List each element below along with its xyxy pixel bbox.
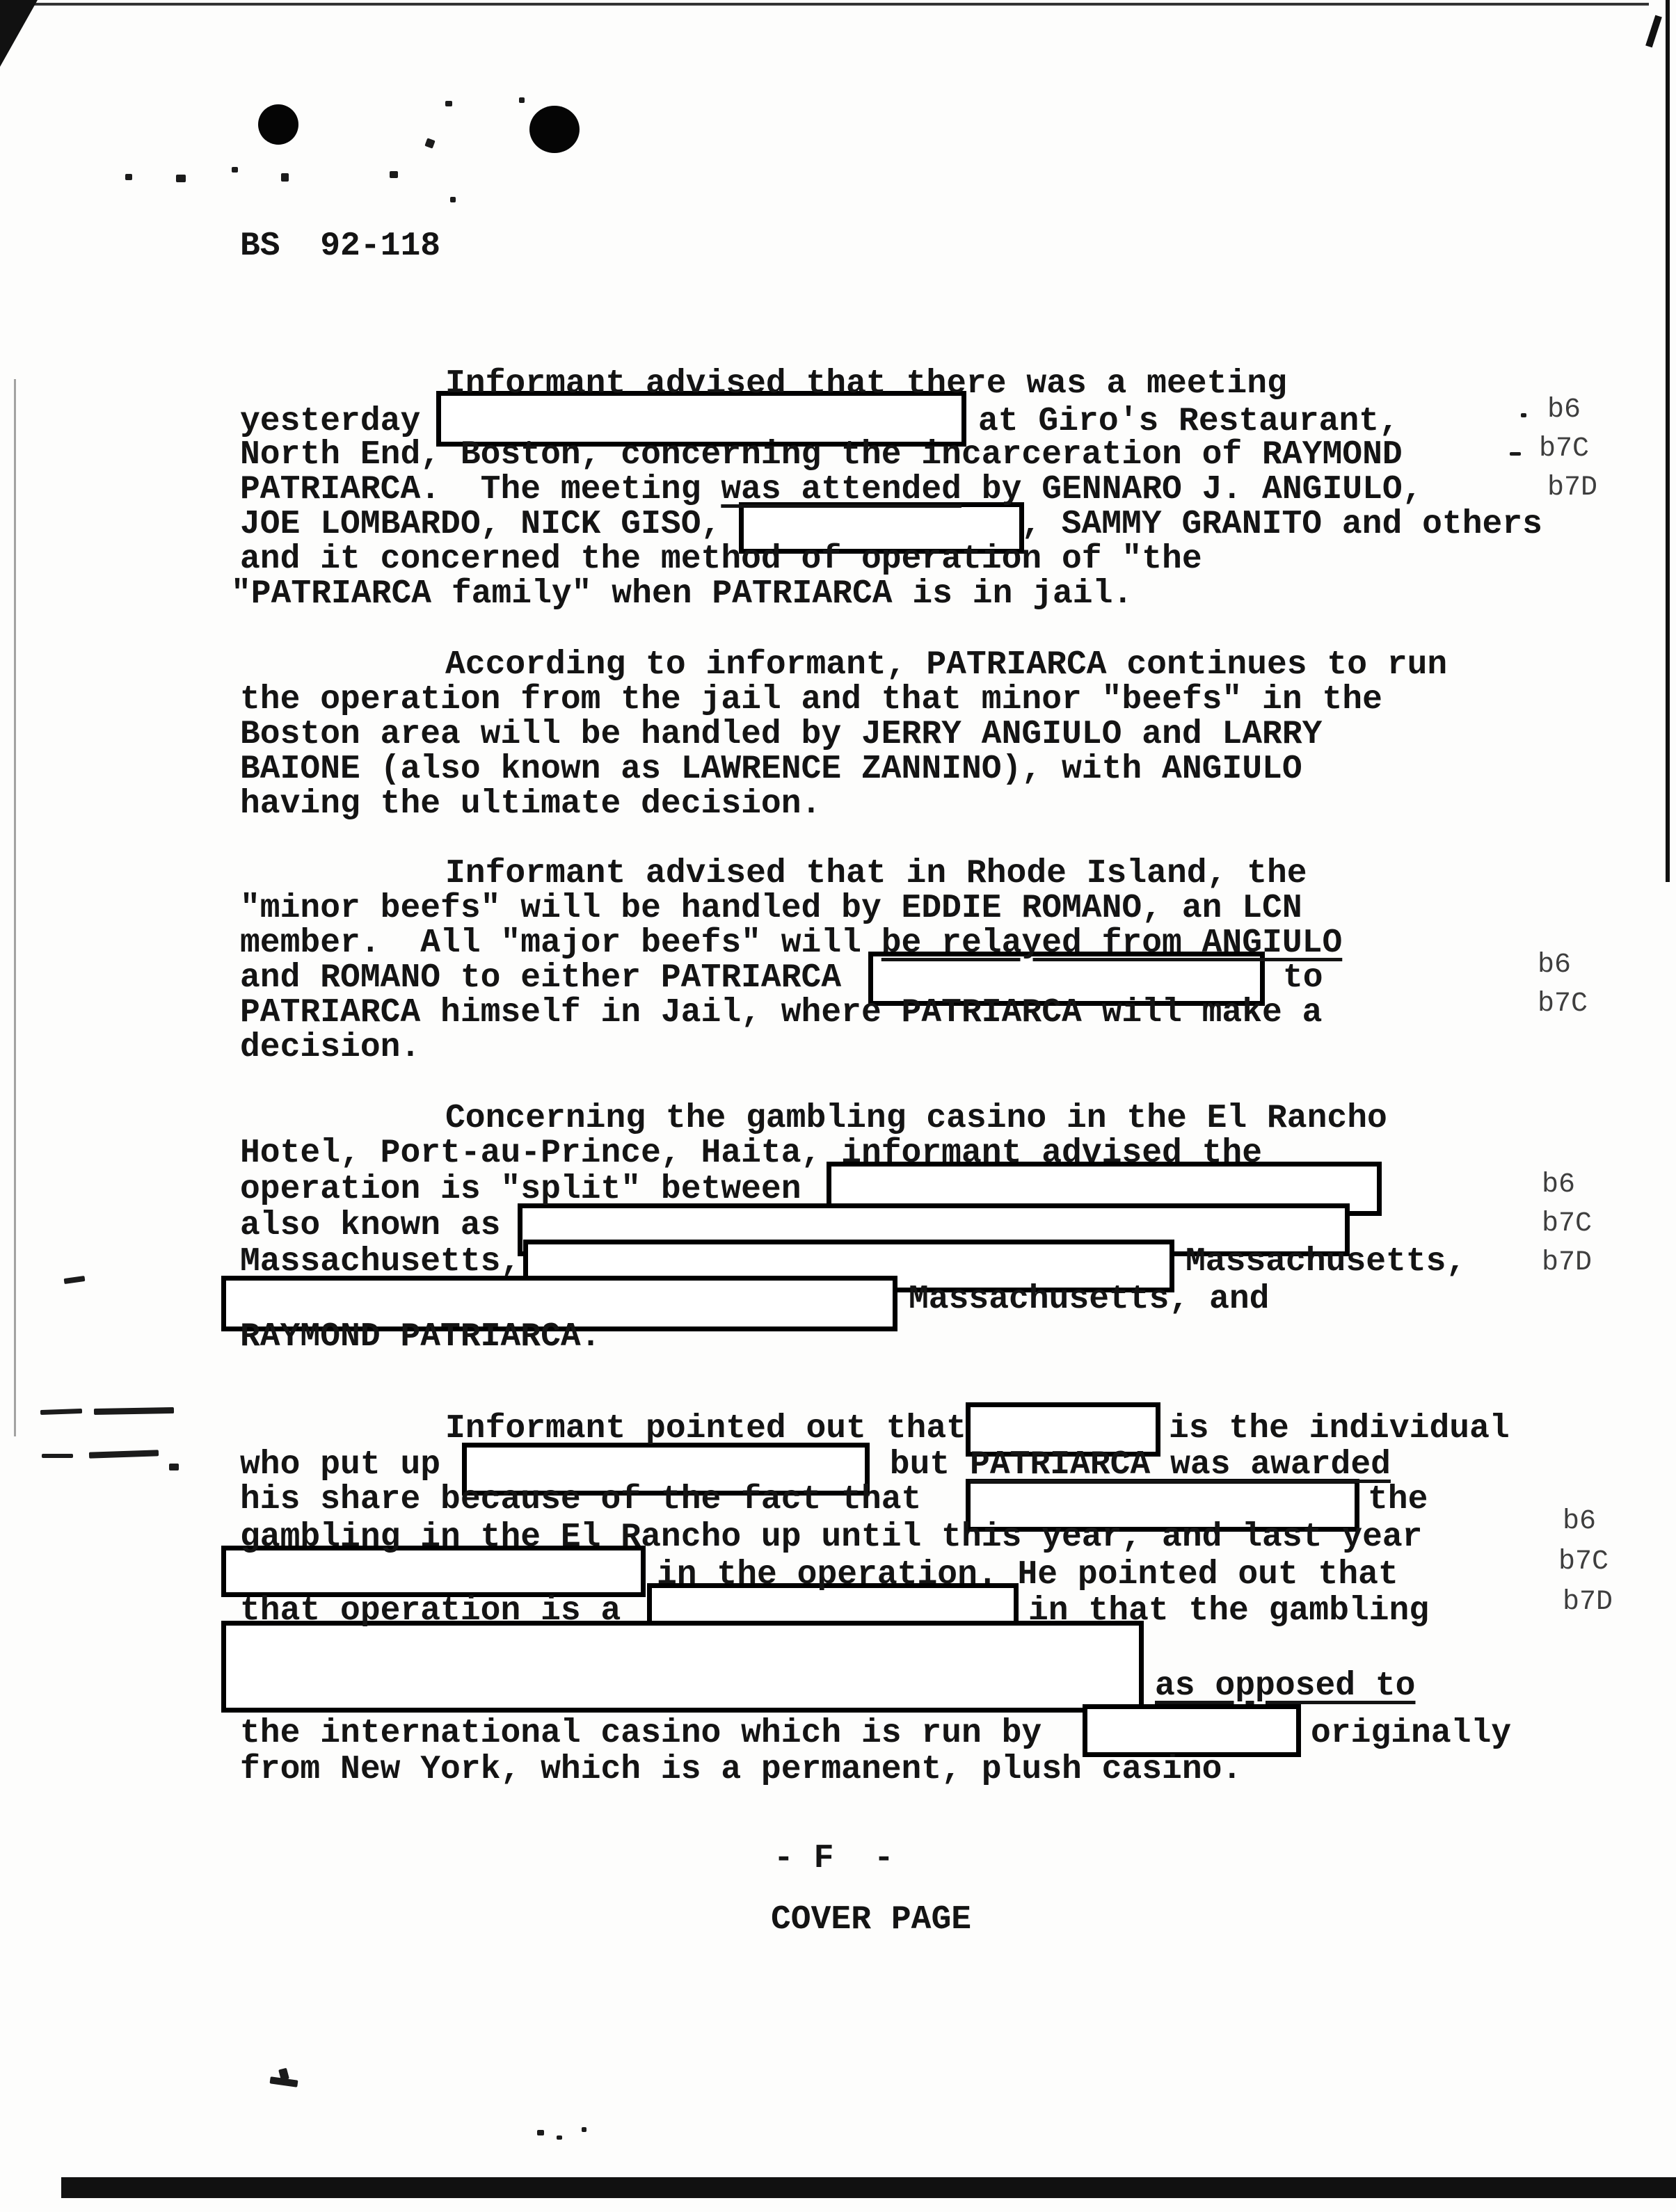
- page-letter: - F -: [774, 1842, 894, 1875]
- doc-line: at Giro's Restaurant,: [978, 405, 1399, 438]
- doc-line: the: [1368, 1483, 1428, 1516]
- doc-line: and ROMANO to either PATRIARCA: [240, 961, 841, 995]
- redaction-box: [1083, 1704, 1301, 1757]
- doc-line: Informant pointed out that: [445, 1412, 966, 1445]
- doc-line: also known as: [240, 1209, 500, 1242]
- doc-line: to: [1283, 961, 1323, 995]
- scan-speck: [176, 175, 186, 182]
- exemption-note-b6: b6: [1538, 952, 1571, 979]
- scan-edge-top-line: [0, 3, 1649, 6]
- underlined-text: be relayed from ANGIULO: [881, 924, 1343, 962]
- doc-line: Informant advised that in Rhode Island, …: [445, 857, 1307, 890]
- scan-speck: [1521, 413, 1526, 417]
- doc-line: member. All "major beefs" will be relaye…: [240, 927, 1342, 960]
- doc-line: as opposed to: [1155, 1669, 1415, 1703]
- scan-speck: [445, 101, 452, 106]
- margin-smudge: [89, 1450, 159, 1458]
- margin-smudge: [94, 1407, 174, 1415]
- doc-line: Concerning the gambling casino in the El…: [445, 1102, 1387, 1135]
- scan-speck: [1510, 452, 1521, 456]
- doc-line: "PATRIARCA family" when PATRIARCA is in …: [231, 577, 1133, 611]
- doc-line: and it concerned the method of operation…: [240, 543, 1202, 576]
- scan-speck: [424, 138, 435, 148]
- doc-line: Hotel, Port-au-Prince, Haita, informant …: [240, 1137, 1262, 1170]
- scan-speck: [519, 97, 525, 103]
- doc-line: from New York, which is a permanent, plu…: [240, 1753, 1242, 1786]
- doc-line: JOE LOMBARDO, NICK GISO,: [240, 508, 721, 541]
- scan-edge-bottom-bar: [61, 2177, 1676, 2198]
- underlined-text: was attended: [721, 471, 961, 508]
- doc-line: having the ultimate decision.: [240, 787, 821, 821]
- exemption-note-b7D: b7D: [1563, 1589, 1613, 1617]
- scan-speck: [281, 173, 289, 182]
- doc-line: PATRIARCA himself in Jail, where PATRIAR…: [240, 996, 1322, 1029]
- margin-smudge: [169, 1464, 179, 1470]
- doc-line: North End, Boston, concerning the incarc…: [240, 438, 1403, 472]
- exemption-note-b7C: b7C: [1539, 435, 1589, 463]
- scan-speck: [125, 174, 132, 180]
- exemption-note-b7D: b7D: [1542, 1249, 1592, 1277]
- doc-line: BAIONE (also known as LAWRENCE ZANNINO),…: [240, 753, 1302, 786]
- doc-line: the international casino which is run by: [240, 1717, 1041, 1750]
- doc-line: Massachusetts,: [1186, 1245, 1466, 1279]
- doc-line: gambling in the El Rancho up until this …: [240, 1521, 1422, 1554]
- scan-speck: [537, 2130, 544, 2135]
- doc-line: in that the gambling: [1028, 1594, 1429, 1628]
- case-number: BS 92-118: [240, 230, 440, 263]
- exemption-note-b6: b6: [1542, 1171, 1575, 1199]
- scan-speck: [582, 2127, 586, 2132]
- scan-speck: [390, 171, 398, 178]
- doc-line: RAYMOND PATRIARCA.: [240, 1320, 600, 1354]
- hole-punch-left: [258, 104, 298, 145]
- doc-line: originally: [1311, 1717, 1511, 1750]
- cover-page-label: COVER PAGE: [771, 1903, 971, 1937]
- scan-speck: [557, 2135, 562, 2140]
- margin-squiggle: [64, 1276, 86, 1284]
- underlined-text: as opposed to: [1155, 1667, 1415, 1705]
- scan-speck: [450, 197, 456, 202]
- exemption-note-b7C: b7C: [1558, 1548, 1609, 1576]
- doc-text: but: [870, 1446, 970, 1484]
- doc-line: the operation from the jail and that min…: [240, 683, 1382, 716]
- doc-line: Informant advised that there was a meeti…: [445, 367, 1287, 401]
- exemption-note-b6: b6: [1547, 396, 1581, 424]
- scan-corner-top-left: [0, 0, 38, 67]
- margin-smudge: [42, 1454, 73, 1458]
- margin-smudge: [40, 1409, 82, 1415]
- doc-line: Massachusetts, and: [909, 1283, 1269, 1316]
- scan-corner-top-right-mark: [1645, 15, 1662, 48]
- doc-line: in the operation. He pointed out that: [657, 1558, 1398, 1592]
- scan-edge-right-line: [1666, 0, 1670, 882]
- doc-line: "minor beefs" will be handled by EDDIE R…: [240, 892, 1302, 925]
- doc-text: member. All "major beefs" will: [240, 924, 881, 962]
- scan-speck: [232, 167, 238, 173]
- hole-punch-right: [529, 106, 580, 153]
- doc-line: operation is "split" between: [240, 1173, 801, 1206]
- doc-line: PATRIARCA. The meeting was attended by G…: [240, 473, 1422, 506]
- doc-line: yesterday: [240, 405, 420, 438]
- doc-line: but PATRIARCA was awarded: [870, 1448, 1391, 1482]
- doc-line: Boston area will be handled by JERRY ANG…: [240, 718, 1322, 751]
- doc-line: According to informant, PATRIARCA contin…: [445, 648, 1447, 682]
- exemption-note-b6: b6: [1563, 1508, 1596, 1536]
- redaction-box: [221, 1621, 1144, 1713]
- doc-line: who put up: [240, 1448, 440, 1482]
- exemption-note-b7C: b7C: [1542, 1210, 1592, 1238]
- exemption-note-b7C: b7C: [1538, 991, 1588, 1018]
- doc-text: PATRIARCA. The meeting: [240, 471, 721, 508]
- underlined-text: PATRIARCA was awarded: [970, 1446, 1391, 1484]
- doc-line: , SAMMY GRANITO and others: [1021, 508, 1542, 541]
- scanned-document-page: BS 92-118 Informant advised that there w…: [0, 0, 1676, 2212]
- doc-line: decision.: [240, 1031, 420, 1064]
- doc-line: is the individual: [1169, 1412, 1510, 1445]
- exemption-note-b7D: b7D: [1547, 474, 1597, 502]
- doc-text: by GENNARO J. ANGIULO,: [961, 471, 1423, 508]
- scan-edge-left-line: [14, 379, 16, 1436]
- doc-line: Massachusetts,: [240, 1245, 520, 1279]
- doc-line: that operation is a: [240, 1594, 621, 1628]
- doc-line: his share because of the fact that: [240, 1483, 921, 1516]
